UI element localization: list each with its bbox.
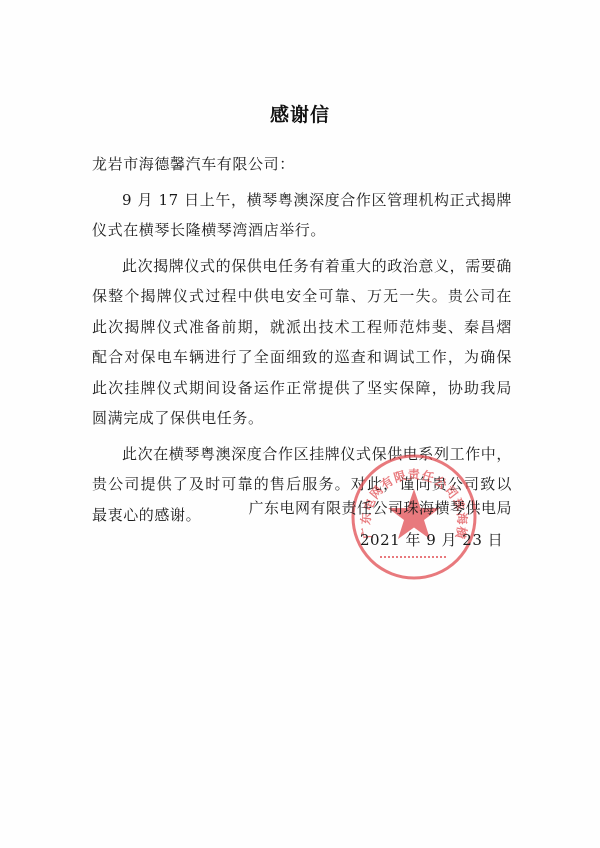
letter-date: 2021 年 9 月 23 日 [360,529,503,550]
paragraph-2: 此次揭牌仪式的保供电任务有着重大的政治意义，需要确保整个揭牌仪式过程中供电安全可… [92,251,512,434]
letter-title: 感谢信 [0,100,600,127]
letter-page: 感谢信 龙岩市海德馨汽车有限公司： 9 月 17 日上午，横琴粤澳深度合作区管理… [0,0,600,848]
salutation: 龙岩市海德馨汽车有限公司： [92,149,512,180]
signature: 广东电网有限责任公司珠海横琴供电局 [248,497,512,518]
paragraph-1: 9 月 17 日上午，横琴粤澳深度合作区管理机构正式揭牌仪式在横琴长隆横琴湾酒店… [92,185,512,246]
